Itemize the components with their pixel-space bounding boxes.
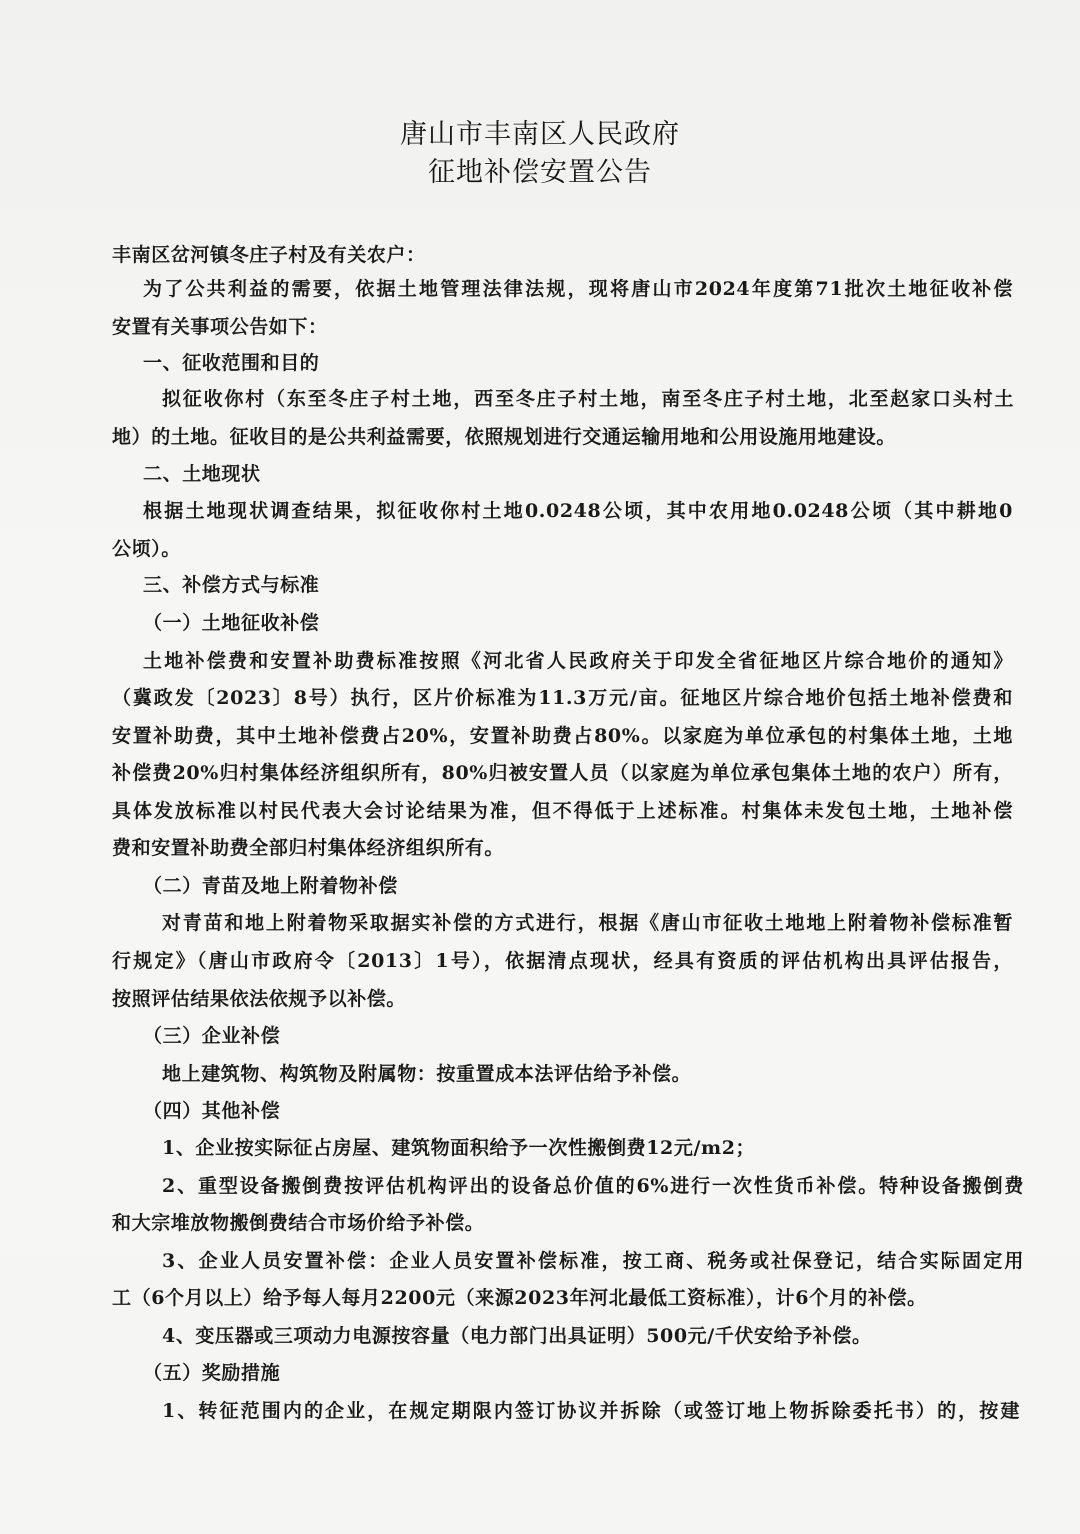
section3-sub5-heading: （五）奖励措施 [143,1358,280,1385]
sub1-body-line-1: 土地补偿费和安置补助费标准按照《河北省人民政府关于印发全省征地区片综合地价的通知… [143,646,1013,673]
sub4-item-3-line-1: 3、企业人员安置补偿：企业人员安置补偿标准，按工商、税务或社保登记，结合实际固定… [162,1246,1024,1273]
section3-sub3-heading: （三）企业补偿 [143,1021,280,1048]
section1-body-line-1: 拟征收你村（东至冬庄子村土地，西至冬庄子村土地，南至冬庄子村土地，北至赵家口头村… [162,384,1014,411]
section3-heading: 三、补偿方式与标准 [143,570,319,597]
sub3-body-line-1: 地上建筑物、构筑物及附属物：按重置成本法评估给予补偿。 [162,1059,691,1086]
document-title-line2: 征地补偿安置公告 [0,150,1080,189]
sub4-item-2-line-1: 2、重型设备搬倒费按评估机构评出的设备总价值的6%进行一次性货币补偿。特种设备搬… [162,1171,1024,1198]
sub2-body-line-3: 按照评估结果依法依规予以补偿。 [112,984,406,1011]
sub2-body-line-1: 对青苗和地上附着物采取据实补偿的方式进行，根据《唐山市征收土地地上附着物补偿标准… [162,908,1013,935]
section2-body-line-1: 根据土地现状调查结果，拟征收你村土地0.0248公顷，其中农用地0.0248公顷… [143,496,1013,523]
sub1-body-line-2: （冀政发〔2023〕8号）执行，区片价标准为11.3万元/亩。征地区片综合地价包… [112,683,1013,710]
section2-heading: 二、土地现状 [143,459,261,486]
section3-sub4-heading: （四）其他补偿 [143,1096,280,1123]
sub4-item-2-line-2: 和大宗堆放物搬倒费结合市场价给予补偿。 [112,1208,484,1235]
section3-sub2-heading: （二）青苗及地上附着物补偿 [143,871,398,898]
addressee: 丰南区岔河镇冬庄子村及有关农户： [112,240,426,267]
scanned-document-page: 唐山市丰南区人民政府 征地补偿安置公告 丰南区岔河镇冬庄子村及有关农户： 为了公… [0,0,1080,1534]
sub4-item-4: 4、变压器或三项动力电源按容量（电力部门出具证明）500元/千伏安给予补偿。 [162,1321,872,1348]
sub1-body-line-3: 安置补助费，其中土地补偿费占20%，安置补助费占80%。以家庭为单位承包的村集体… [112,721,1013,748]
section1-heading: 一、征收范围和目的 [143,348,319,375]
section2-body-line-2: 公顷）。 [112,534,181,561]
intro-line-2: 安置有关事项公告如下： [112,312,328,339]
intro-line-1: 为了公共利益的需要，依据土地管理法律法规，现将唐山市2024年度第71批次土地征… [143,274,1013,301]
sub4-item-3-line-2: 工（6个月以上）给予每人每月2200元（来源2023年河北最低工资标准），计6个… [112,1283,927,1310]
sub1-body-line-5: 具体发放标准以村民代表大会讨论结果为准，但不得低于上述标准。村集体未发包土地，土… [112,796,1013,823]
sub4-item-1: 1、企业按实际征占房屋、建筑物面积给予一次性搬倒费12元/m2； [162,1133,755,1160]
sub1-body-line-6: 费和安置补助费全部归村集体经济组织所有。 [112,833,504,860]
document-title-line1: 唐山市丰南区人民政府 [0,112,1080,151]
section1-body-line-2: 地）的土地。征收目的是公共利益需要，依照规划进行交通运输用地和公用设施用地建设。 [112,422,896,449]
sub1-body-line-4: 补偿费20%归村集体经济组织所有，80%归被安置人员（以家庭为单位承包集体土地的… [112,758,1013,785]
sub5-item-1-line-1: 1、转征范围内的企业，在规定期限内签订协议并拆除（或签订地上物拆除委托书）的，按… [162,1396,1020,1423]
sub2-body-line-2: 行规定》（唐山市政府令〔2013〕1号），依据清点现状，经具有资质的评估机构出具… [112,946,1013,973]
section3-sub1-heading: （一）土地征收补偿 [143,608,319,635]
